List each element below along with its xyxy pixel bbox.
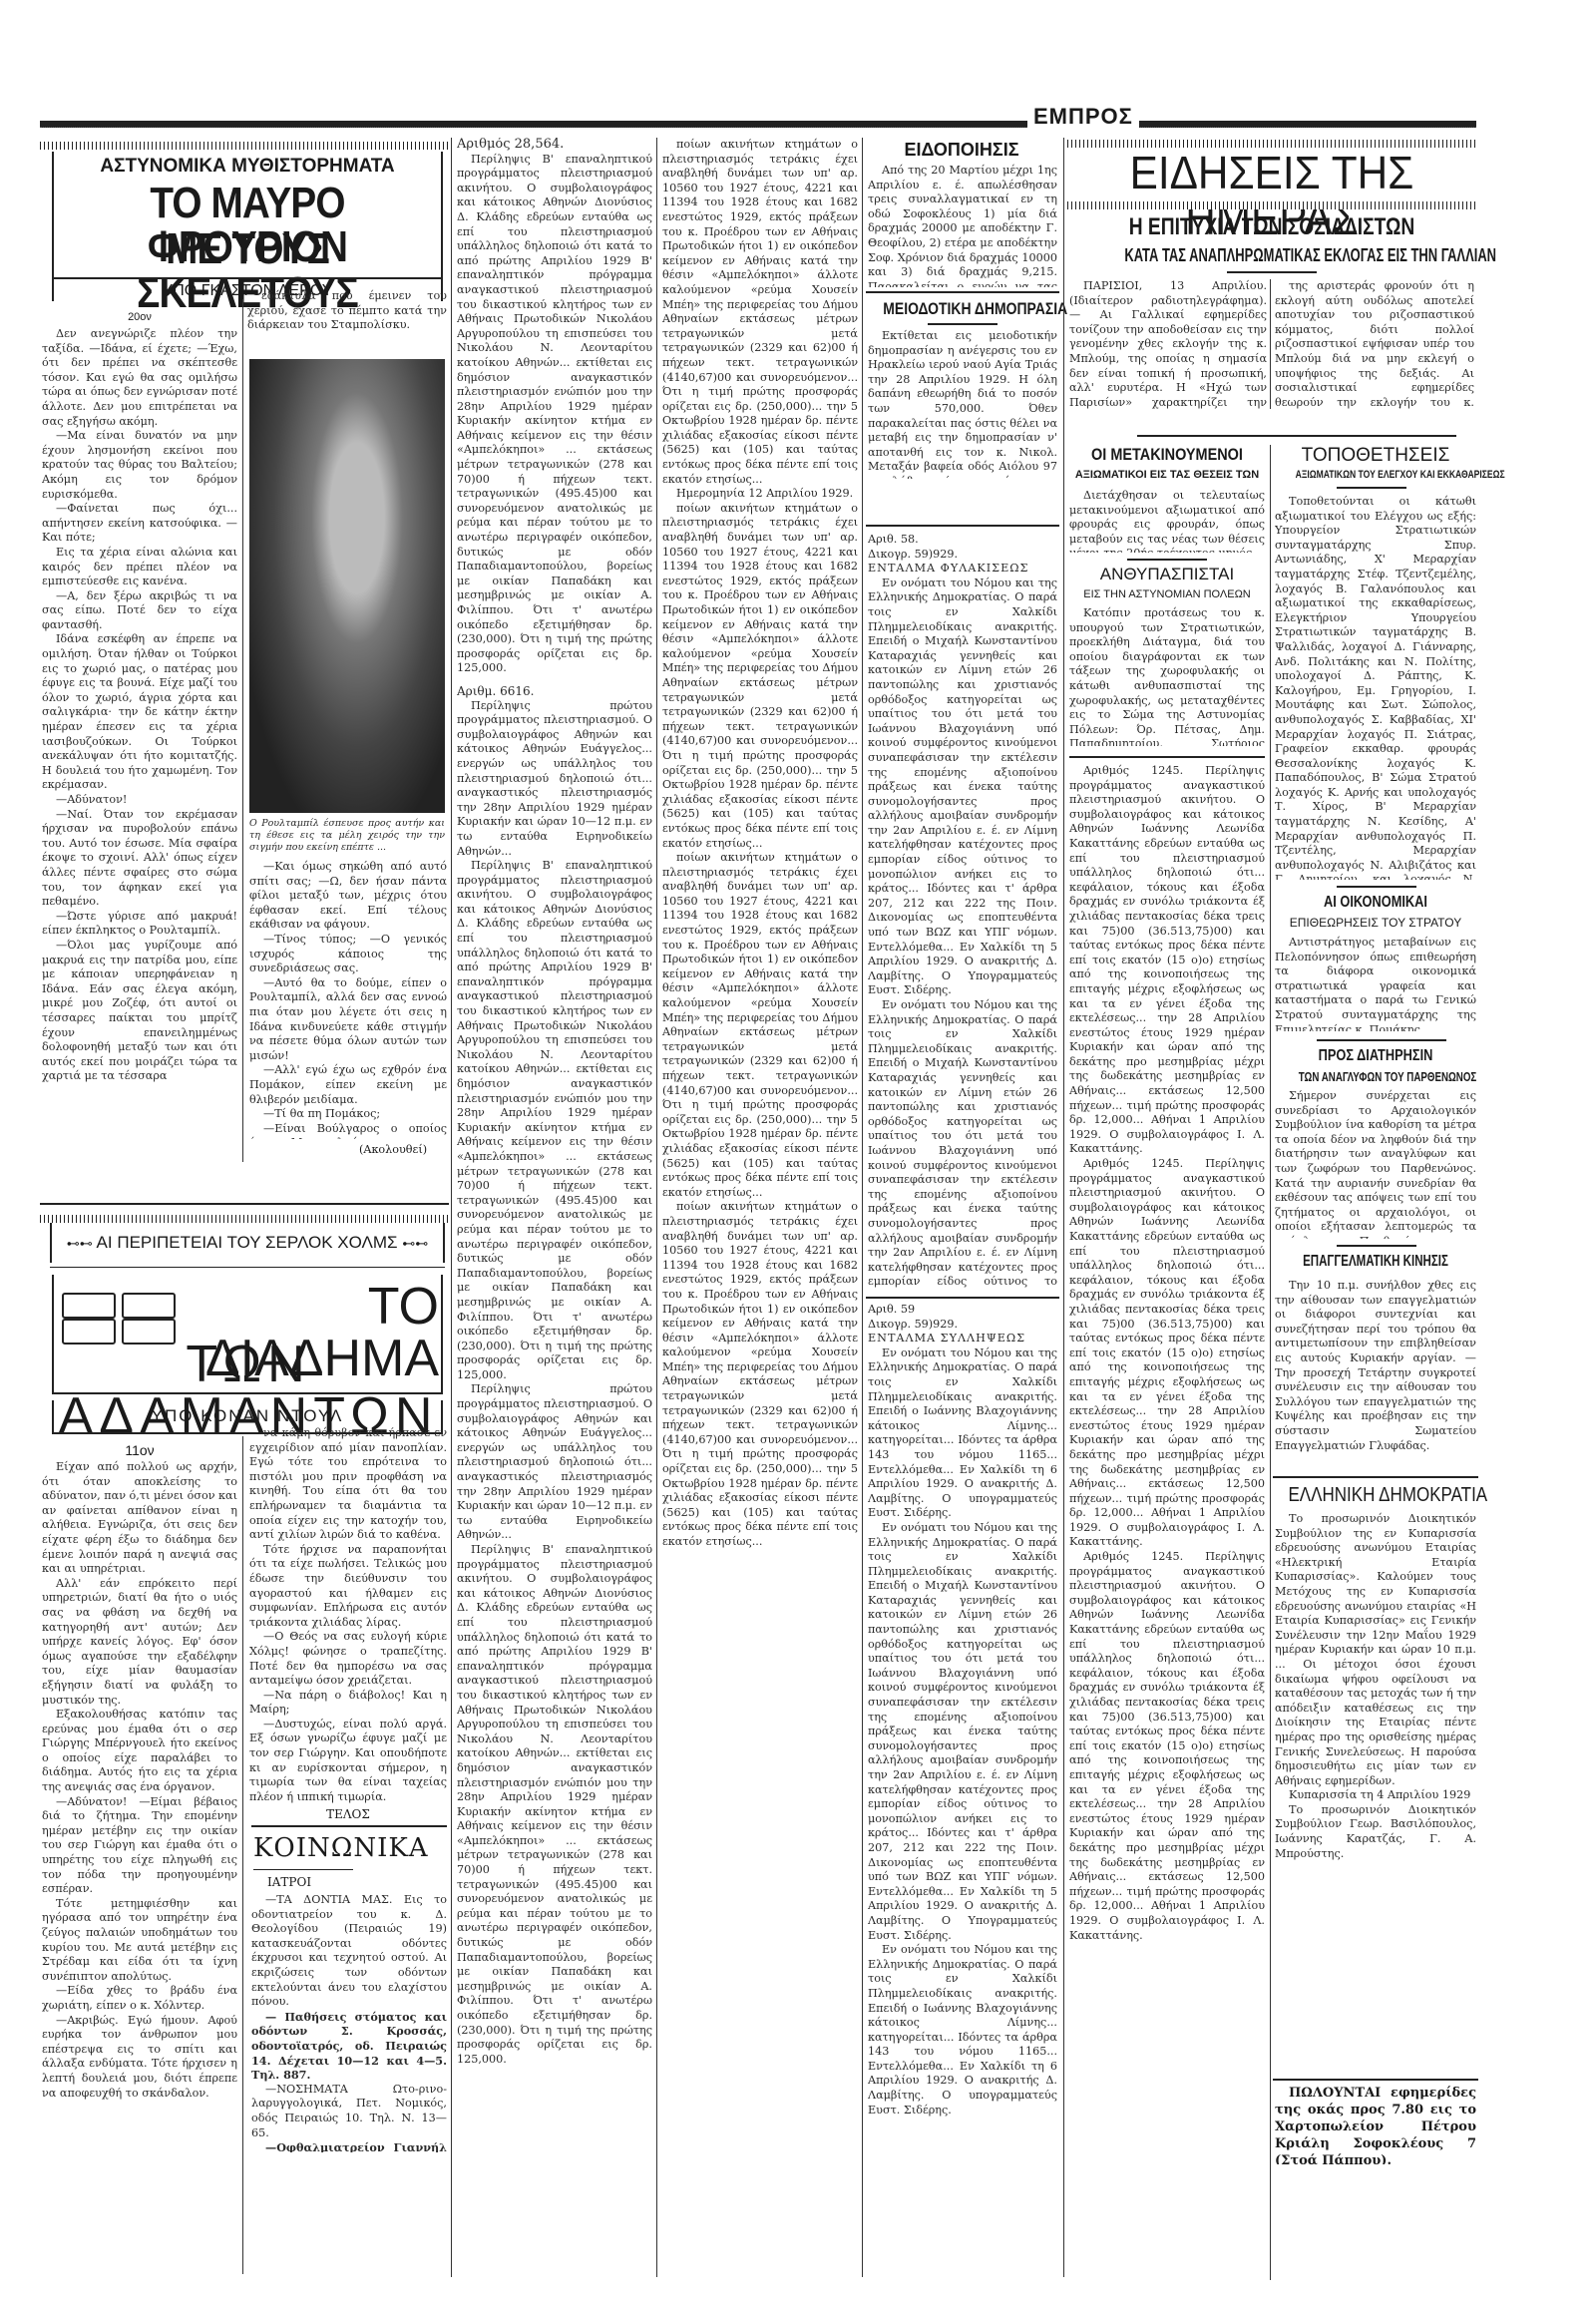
- paragraph: εδάκτυλα που έμεινεν του χεριού, έχασε τ…: [247, 289, 447, 333]
- paragraph: να κάμη θόρυβον και ήρπασε εν εγχειρίδιο…: [249, 1426, 447, 1543]
- notice-text: Περίληψις Β' επαναληπτικού προγράμματος …: [457, 859, 652, 1382]
- ornament-border: [40, 1215, 455, 1223]
- paragraph: —Α, δεν ξέρω ακριβώς τι να σας είπω. Ποτ…: [42, 589, 237, 633]
- item-heading: ΤΟΠΟΘΕΤΗΣΕΙΣ: [1273, 445, 1478, 467]
- paragraph: Είχαν από πολλού ως αρχήν, ότι όταν αποκ…: [42, 1460, 237, 1577]
- warrant-ref: Αριθ. 58.: [868, 533, 1057, 548]
- item-text: Την 10 π.μ. συνήλθον χθες εις την αίθουσ…: [1275, 1279, 1476, 1453]
- listing-item: —ΤΑ ΔΟΝΤΙΑ ΜΑΣ. Εις το οδοντιατρείον του…: [251, 1893, 447, 2010]
- notice-text: Περίληψις πρώτου προγράμματος πλειστηρια…: [457, 1382, 652, 1543]
- column-rule: [1270, 445, 1271, 2280]
- notice-text: Περίληψις Β' επαναληπτικού προγράμματος …: [457, 153, 652, 676]
- warrant-text: Εν ονόματι του Νόμου και της Ελληνικής Δ…: [868, 998, 1057, 1291]
- classified-ad: ΠΩΛΟΥΝΤΑΙ εφημερίδες της οκάς προς 7.80 …: [1275, 2085, 1476, 2164]
- item-subheading: ΕΠΙΘΕΩΡΗΣΕΙΣ ΤΟΥ ΣΤΡΑΤΟΥ: [1273, 916, 1478, 930]
- divider: [1137, 435, 1456, 437]
- warrant-text: Εν ονόματι του Νόμου και της Ελληνικής Δ…: [868, 1347, 1057, 1521]
- divider: [1317, 1039, 1446, 1041]
- item-heading: ΑΙ ΟΙΚΟΝΟΜΙΚΑΙ: [1294, 894, 1458, 912]
- lost-bills-notice: Από της 20 Μαρτίου μέχρι 1ης Απριλίου ε.…: [868, 164, 1057, 287]
- divider: [251, 1825, 447, 1827]
- paragraph: —Να πάρη ο διάβολος! Και η Μαίρη;: [249, 1689, 447, 1718]
- warrant-text: Εν ονόματι του Νόμου και της Ελληνικής Δ…: [868, 577, 1057, 998]
- paragraph: —Δυστυχώς, είναι πολύ αργά. Εξ όσων γνωρ…: [249, 1718, 447, 1805]
- item-text: Αριθμός 1245. Περίληψις προγράμματος ανα…: [1069, 1550, 1265, 1943]
- chapter-number: 20ον: [40, 311, 239, 323]
- divider: [866, 525, 1059, 527]
- item-heading: ΑΝΘΥΠΑΣΠΙΣΤΑΙ: [1067, 565, 1267, 584]
- masthead-title: ΕΜΠΡΟΣ: [1027, 104, 1139, 130]
- paragraph: —Τί θα πη Πομάκος;: [249, 1107, 447, 1122]
- item-body: Σήμερον συνέρχεται εις συνεδρίασι το Αρχ…: [1275, 1089, 1476, 1239]
- divider: [866, 1297, 1059, 1299]
- warrant-2: Αριθ. 59 Δικογρ. 59)929. ΕΝΤΑΛΜΑ ΣΥΛΛΗΨΕ…: [868, 1303, 1057, 2280]
- item-body: Αντιστράτηγος μεταβαίνων εις Πελοπόννησο…: [1275, 936, 1476, 1031]
- item-text: Αριθμός 1245. Περίληψις προγράμματος ανα…: [1069, 1157, 1265, 1550]
- auction-text: Εκτίθεται εις μειοδοτικήν δημοπρασίαν η …: [868, 329, 1057, 479]
- paragraph: —Φαίνεται πως όχι... απήντησεν εκείνη κα…: [42, 502, 237, 546]
- warrant-docket: Δικογρ. 59)929.: [868, 548, 1057, 563]
- paragraph: —Αλλ' εγώ έχω ως εχθρόν ένα Πομάκον, είπ…: [249, 1063, 447, 1107]
- item-body: Αριθμός 1245. Περίληψις προγράμματος ανα…: [1069, 764, 1265, 2280]
- ornament-icon: ⊷⊷: [67, 1236, 93, 1252]
- notice-heading: ΕΙΔΟΠΟΙΗΣΙΣ: [866, 140, 1057, 161]
- divider: [1273, 1476, 1478, 1478]
- divider: [50, 1267, 445, 1268]
- auction-body: Εκτίθεται εις μειοδοτικήν δημοπρασίαν η …: [868, 329, 1057, 479]
- notice-text: Ημερομηνία 12 Απριλίου 1929.: [662, 487, 858, 502]
- paragraph: —Είδα χθες το βράδυ ένα χωριάτη, είπεν ο…: [42, 1984, 237, 2013]
- serial-1-column-a: Δεν ανεγνώριζε πλέον την ταξίδα. —Ιδάνα,…: [42, 327, 237, 1160]
- item-body: Διετάχθησαν οι τελευταίως μετακινούμενοι…: [1069, 489, 1265, 553]
- column-rule: [451, 138, 452, 2277]
- divider: [1227, 271, 1317, 273]
- paragraph: —Όλοι μας γυρίζουμε από μακρυά εις την π…: [42, 939, 237, 1084]
- legal-notices-column-2: ποίων ακινήτων κτημάτων ο πλειστηριασμός…: [662, 138, 858, 2272]
- paragraph: Εξακολουθήσας κατόπιν τας ερεύνας μου έμ…: [42, 1708, 237, 1795]
- item-body: Το προσωρινόν Διοικητικόν Συμβούλιον της…: [1275, 1512, 1476, 2111]
- divider: [1273, 2079, 1478, 2081]
- paragraph: —Αδύνατον! —Είμαι βέβαιος διά το ζήτημα.…: [42, 1795, 237, 1897]
- divider: [866, 291, 1059, 293]
- listing-item: — Παθήσεις στόματος και οδόντων Σ. Κροσσ…: [251, 2010, 447, 2083]
- divider: [928, 323, 997, 325]
- photo-caption: Ο Ρουλταμπίλ έσπευσε προς αυτήν και τη έ…: [249, 818, 445, 858]
- serial-1-column-b: —Και όμως σηκώθη από αυτό σπίτι σας; —Ω,…: [249, 860, 447, 1139]
- divider: [1127, 559, 1207, 561]
- divider: [52, 277, 443, 279]
- warrant-text: Εν ονόματι του Νόμου και της Ελληνικής Δ…: [868, 1943, 1057, 2117]
- serial-1-column-b-top: εδάκτυλα που έμεινεν του χεριού, έχασε τ…: [247, 289, 447, 349]
- paragraph: —Ώστε γύρισε από μακρυά! είπεν έκπληκτος…: [42, 910, 237, 939]
- listing-item: —ΝΟΣΗΜΑΤΑ Ωτο-ρινο-λαρυγγολογικά, Πετ. Ν…: [251, 2083, 447, 2140]
- item-text: Αντιστράτηγος μεταβαίνων εις Πελοπόννησο…: [1275, 936, 1476, 1031]
- divider: [1337, 1245, 1416, 1247]
- paragraph: Εις τα χέρια είναι αλώνια και καιρός δεν…: [42, 546, 237, 589]
- notice-text: ποίων ακινήτων κτημάτων ο πλειστηριασμός…: [662, 502, 858, 851]
- warrant-title: ΕΝΤΑΛΜΑ ΣΥΛΛΗΨΕΩΣ: [868, 1332, 1057, 1347]
- serial-2-byline: ΥΠΟ ΚΟΝΑΝ ΝΤΟΥΛ: [52, 1406, 443, 1426]
- item-body: Κατόπιν προτάσεως του κ. υπουργού των Στ…: [1069, 606, 1265, 746]
- serial-2-column-b: να κάμη θόρυβον και ήρπασε εν εγχειρίδιο…: [249, 1426, 447, 1805]
- item-text: Σήμερον συνέρχεται εις συνεδρίασι το Αρχ…: [1275, 1089, 1476, 1239]
- notice-text: Από της 20 Μαρτίου μέχρι 1ης Απριλίου ε.…: [868, 164, 1057, 287]
- item-subheading: ΑΞΙΩΜΑΤΙΚΩΝ ΤΟΥ ΕΛΕΓΧΟΥ ΚΑΙ ΕΚΚΑΘΑΡΙΣΕΩΣ: [1296, 469, 1456, 481]
- ornament-icon: [122, 1293, 176, 1319]
- chapter-number: 11ον: [40, 1442, 239, 1458]
- classified-text: ΠΩΛΟΥΝΤΑΙ εφημερίδες της οκάς προς 7.80 …: [1275, 2085, 1476, 2164]
- paragraph: —Τίνος τύπος; —Ο γενικός ισχυρός κάποιος…: [249, 933, 447, 976]
- paragraph: Τότε ήρχισε να παραπονήται ότι τα είχε π…: [249, 1543, 447, 1631]
- serial-kicker: ΑΣΤΥΝΟΜΙΚΑ ΜΥΘΙΣΤΟΡΗΜΑΤΑ: [52, 156, 443, 178]
- item-date: Κυπαρισσία τη 4 Απριλίου 1929: [1275, 1788, 1476, 1803]
- item-text: Το προσωρινόν Διοικητικόν Συμβούλιον της…: [1275, 1512, 1476, 1788]
- item-subheading: ΤΩΝ ΑΝΑΓΛΥΦΩΝ ΤΟΥ ΠΑΡΘΕΝΩΝΟΣ: [1299, 1069, 1453, 1084]
- to-be-continued: (Ακολουθεί): [359, 1143, 427, 1156]
- ornament-border: [40, 142, 455, 150]
- divider: [253, 1869, 353, 1870]
- society-subheading: ΙΑΤΡΟΙ: [267, 1875, 311, 1889]
- item-text: Διετάχθησαν οι τελευταίως μετακινούμενοι…: [1069, 489, 1265, 553]
- column-rule: [1063, 138, 1064, 2277]
- section-divider: [40, 1203, 449, 1205]
- item-subheading: ΑΞΙΩΜΑΤΙΚΟΙ ΕΙΣ ΤΑΣ ΘΕΣΕΙΣ ΤΩΝ: [1067, 469, 1267, 481]
- item-subheading: ΕΙΣ ΤΗΝ ΑΣΤΥΝΟΜΙΑΝ ΠΟΛΕΩΝ: [1067, 588, 1267, 600]
- masthead-rule: [40, 121, 1476, 128]
- item-heading: ΕΛΛΗΝΙΚΗ ΔΗΜΟΚΡΑΤΙΑ: [1288, 1484, 1462, 1507]
- ornament-border: [1067, 201, 1476, 209]
- warrant-text: Εν ονόματι του Νόμου και της Ελληνικής Δ…: [868, 1521, 1057, 1943]
- warrant-ref: Αριθ. 59: [868, 1303, 1057, 1318]
- paragraph: —Ναί. Όταν τον εκρέμασαν ήρχισαν να πυρο…: [42, 808, 237, 910]
- listing-item: —Οφθαλμιατρείον Γιαννήλ υ. Θεραπεία ραγδ…: [251, 2140, 447, 2152]
- item-heading: ΕΠΑΓΓΕΛΜΑΤΙΚΗ ΚΙΝΗΣΙΣ: [1302, 1253, 1449, 1271]
- item-body: Την 10 π.μ. συνήλθον χθες εις την αίθουσ…: [1275, 1279, 1476, 1468]
- lead-text: ΠΑΡΙΣΙΟΙ, 13 Απριλίου. (Ιδιαίτερον ραδιο…: [1069, 279, 1267, 409]
- warrant-1: Αριθ. 58. Δικογρ. 59)929. ΕΝΤΑΛΜΑ ΦΥΛΑΚΙ…: [868, 533, 1057, 1291]
- column-rule: [862, 138, 863, 2277]
- paragraph: Αλλ' εάν επρόκειτο περί υπηρετριών, διατ…: [42, 1577, 237, 1708]
- notice-text: Περίληψις πρώτου προγράμματος πλειστηρια…: [457, 699, 652, 860]
- column-rule: [242, 1436, 243, 2274]
- item-text: Κατόπιν προτάσεως του κ. υπουργού των Στ…: [1069, 606, 1265, 746]
- lead-article-column-b: της αριστεράς φρονούν ότι η εκλογή αύτη …: [1275, 279, 1474, 409]
- item-text: Τοποθετούνται οι κάτωθι αξιωματικοί του …: [1275, 495, 1476, 880]
- notice-text: ποίων ακινήτων κτημάτων ο πλειστηριασμός…: [662, 1200, 858, 1549]
- divider: [1337, 886, 1416, 888]
- item-text: Αριθμός 1245. Περίληψις προγράμματος ανα…: [1069, 764, 1265, 1157]
- lead-title: Η ΕΠΙΤΥΧΙΑ ΤΩΝ ΣΟΣΙΑΛΙΣΤΩΝ: [1108, 213, 1435, 241]
- serial-2-kicker: ⊷⊷ ΑΙ ΠΕΡΙΠΕΤΕΙΑΙ ΤΟΥ ΣΕΡΛΟΚ ΧΟΛΜΣ ⊷⊷: [50, 1233, 445, 1253]
- notice-number: Αριθμ. 6616.: [457, 684, 652, 699]
- notice-number: Αριθμός 28,564.: [457, 138, 652, 153]
- paragraph: Τότε μετημφιέσθην και ηγόρασα από τον υπ…: [42, 1897, 237, 1985]
- paragraph: —Αυτό θα το δούμε, είπεν ο Ρουλταμπίλ, α…: [249, 976, 447, 1064]
- paragraph: —Ο Θεός να σας ευλογή κύριε Χόλμς! φώνησ…: [249, 1630, 447, 1688]
- paragraph: —Είναι Βούλγαρος ο οποίος έγινε Μουσουλμ…: [249, 1122, 447, 1139]
- paragraph: Ιδάνα εσκέφθη αν έπρεπε να ομιλήση. Όταν…: [42, 632, 237, 793]
- auction-heading: ΜΕΙΟΔΟΤΙΚΗ ΔΗΜΟΠΡΑΣΙΑ: [883, 299, 1039, 319]
- illustration-photo: [249, 359, 445, 813]
- kicker-text: ΑΙ ΠΕΡΙΠΕΤΕΙΑΙ ΤΟΥ ΣΕΡΛΟΚ ΧΟΛΜΣ: [97, 1233, 398, 1252]
- warrant-docket: Δικογρ. 59)929.: [868, 1318, 1057, 1333]
- lead-text: της αριστεράς φρονούν ότι η εκλογή αύτη …: [1275, 279, 1474, 409]
- ornament-icon: [62, 1293, 116, 1319]
- item-heading: ΟΙ ΜΕΤΑΚΙΝΟΥΜΕΝΟΙ: [1082, 445, 1252, 465]
- ornament-icon: ⊷⊷: [402, 1236, 428, 1252]
- notice-text: Περίληψις Β' επαναληπτικού προγράμματος …: [457, 1543, 652, 2067]
- society-listings: —ΤΑ ΔΟΝΤΙΑ ΜΑΣ. Εις το οδοντιατρείον του…: [251, 1893, 447, 2152]
- society-heading: ΚΟΙΝΩΝΙΚΑ: [253, 1833, 429, 1863]
- column-rule: [242, 299, 243, 1162]
- paragraph: —Μα είναι δυνατόν να μην έχουν λησμονήση…: [42, 429, 237, 502]
- paragraph: —Αδύνατον!: [42, 793, 237, 808]
- legal-notices-column-1: Αριθμός 28,564. Περίληψις Β' επαναληπτικ…: [457, 138, 652, 2272]
- column-rule: [656, 138, 657, 2277]
- end-marker: ΤΕΛΟΣ: [249, 1807, 447, 1821]
- column-rule: [1270, 279, 1271, 409]
- item-heading: ΠΡΟΣ ΔΙΑΤΗΡΗΣΙΝ: [1294, 1047, 1458, 1065]
- paragraph: Δεν ανεγνώριζε πλέον την ταξίδα. —Ιδάνα,…: [42, 327, 237, 429]
- lead-subtitle: ΚΑΤΑ ΤΑΣ ΑΝΑΠΛΗΡΩΜΑΤΙΚΑΣ ΕΚΛΟΓΑΣ ΕΙΣ ΤΗΝ…: [1124, 245, 1418, 266]
- notice-text: ποίων ακινήτων κτημάτων ο πλειστηριασμός…: [662, 138, 858, 487]
- divider: [1337, 487, 1406, 489]
- notice-text: ποίων ακινήτων κτημάτων ο πλειστηριασμός…: [662, 851, 858, 1200]
- divider: [1069, 756, 1265, 758]
- warrant-title: ΕΝΤΑΛΜΑ ΦΥΛΑΚΙΣΕΩΣ: [868, 562, 1057, 577]
- serial-2-column-a: Είχαν από πολλού ως αρχήν, ότι όταν αποκ…: [42, 1460, 237, 2258]
- item-signatories: Το προσωρινόν Διοικητικόν Συμβούλιον Γεω…: [1275, 1803, 1476, 1861]
- item-body: Τοποθετούνται οι κάτωθι αξιωματικοί του …: [1275, 495, 1476, 880]
- paragraph: —Και όμως σηκώθη από αυτό σπίτι σας; —Ω,…: [249, 860, 447, 933]
- lead-article-column-a: ΠΑΡΙΣΙΟΙ, 13 Απριλίου. (Ιδιαίτερον ραδιο…: [1069, 279, 1267, 409]
- paragraph: —Ακριβώς. Εγώ ήμουν. Αφού ευρήκα τον άνθ…: [42, 2014, 237, 2102]
